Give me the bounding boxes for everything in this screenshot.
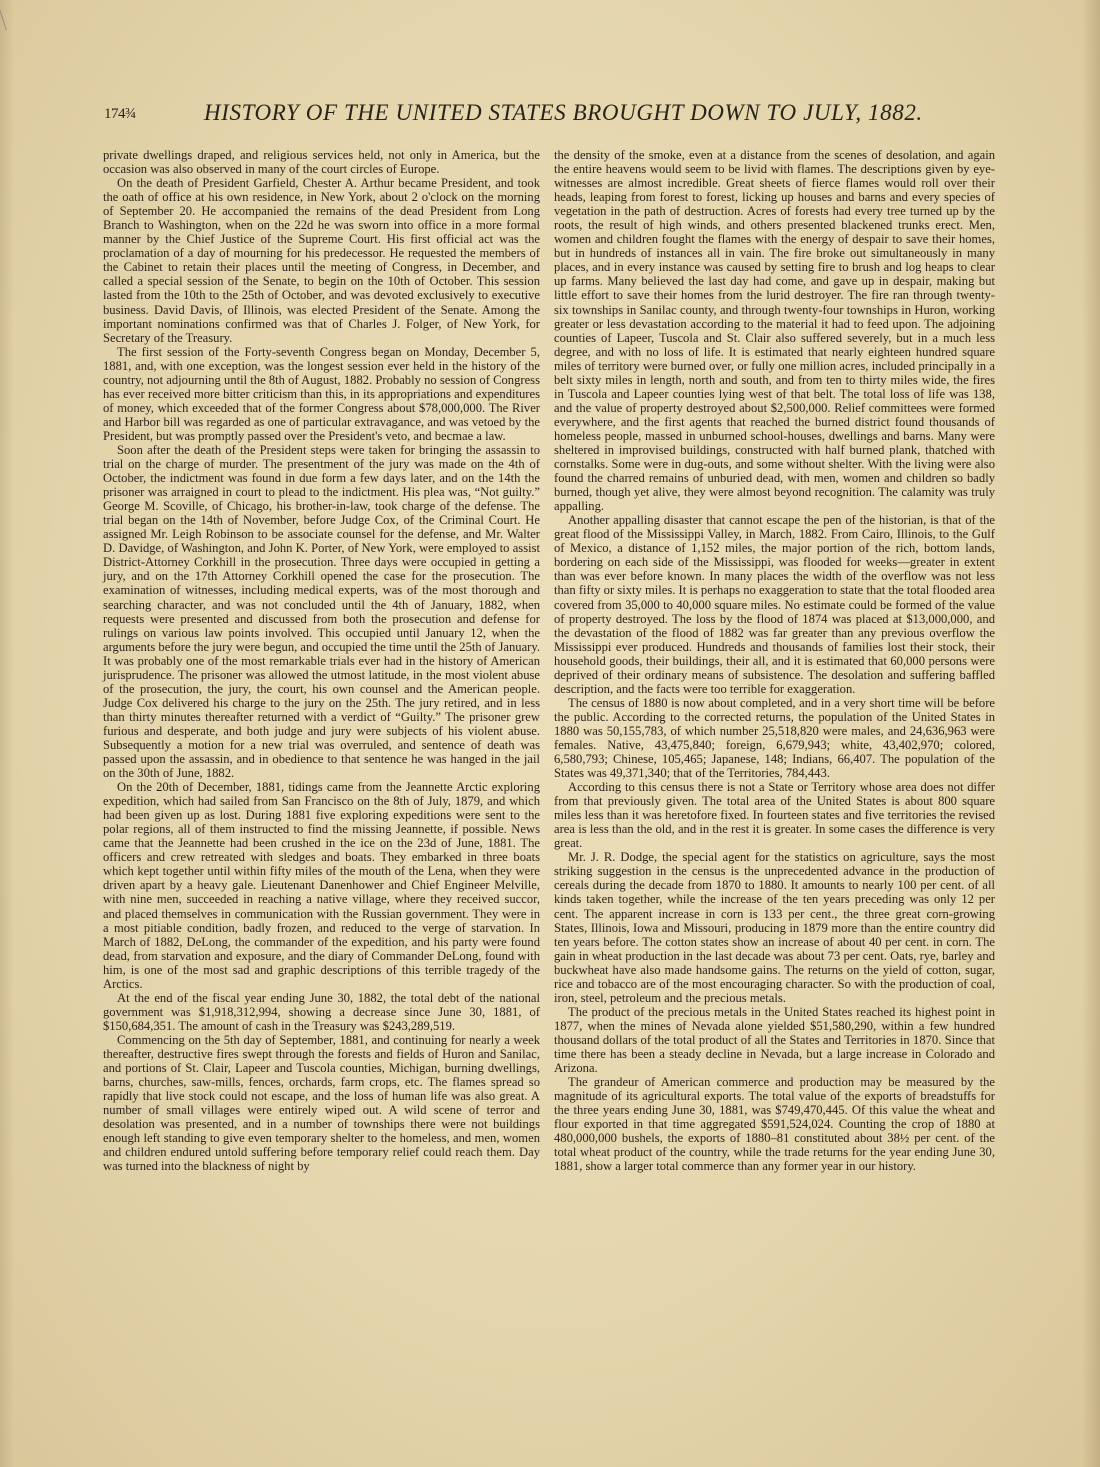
running-head: 174¾ HISTORY OF THE UNITED STATES BROUGH…	[104, 100, 1004, 130]
paragraph-census-area: According to this census there is not a …	[554, 780, 995, 850]
paragraph-national-debt: At the end of the fiscal year ending Jun…	[103, 991, 540, 1033]
paragraph-michigan-fires: Commencing on the 5th day of September, …	[103, 1033, 540, 1173]
page-title: HISTORY OF THE UNITED STATES BROUGHT DOW…	[204, 100, 923, 126]
paragraph-jeannette-expedition: On the 20th of December, 1881, tidings c…	[103, 780, 540, 991]
paragraph-mississippi-flood: Another appalling disaster that cannot e…	[554, 513, 995, 696]
paragraph-arthur-inauguration: On the death of President Garfield, Ches…	[103, 176, 540, 345]
paragraph-census-1880: The census of 1880 is now about complete…	[554, 696, 995, 780]
page-edge-shadow-right	[1082, 0, 1100, 1467]
paragraph-agriculture-statistics: Mr. J. R. Dodge, the special agent for t…	[554, 850, 995, 1005]
paragraph-forty-seventh-congress: The first session of the Forty-seventh C…	[103, 345, 540, 443]
page-number: 174¾	[104, 106, 136, 123]
paragraph-agricultural-exports: The grandeur of American commerce and pr…	[554, 1075, 995, 1173]
right-column: the density of the smoke, even at a dist…	[554, 148, 995, 1173]
paragraph-fires-continued: the density of the smoke, even at a dist…	[554, 148, 995, 513]
paragraph-continued: private dwellings draped, and religious …	[103, 148, 540, 176]
left-column: private dwellings draped, and religious …	[103, 148, 540, 1173]
page-edge-shadow-left	[0, 0, 14, 1467]
paragraph-assassin-trial: Soon after the death of the President st…	[103, 443, 540, 780]
paragraph-precious-metals: The product of the precious metals in th…	[554, 1005, 995, 1075]
